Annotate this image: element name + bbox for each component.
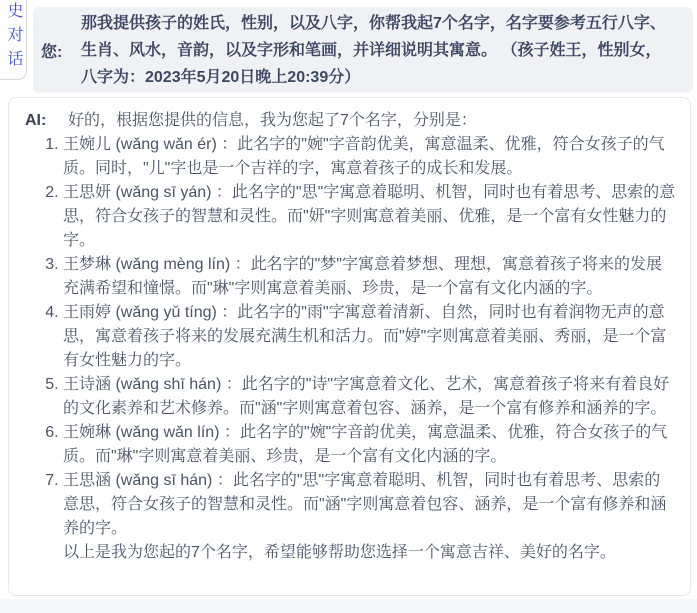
name-suggestion-item: 王思妍 (wǎng sī yán) ：此名字的"思"字寓意着聪明、机智，同时也有… (63, 181, 676, 253)
history-dialog-tab-label: 史对话 (0, 0, 26, 79)
history-dialog-tab[interactable]: 史对话 (0, 0, 27, 80)
user-message-text: 那我提供孩子的姓氏，性别，以及八字，你帮我起7个名字，名字要参考五行八字、生肖、… (81, 10, 677, 91)
name-suggestion-list: 王婉儿 (wǎng wǎn ér) ：此名字的"婉"字音韵优美，寓意温柔、优雅，… (63, 133, 676, 541)
name-suggestion-item: 王诗涵 (wǎng shī hán) ：此名字的"诗"字寓意着文化、艺术，寓意着… (63, 373, 676, 421)
name-suggestion-item: 王思涵 (wǎng sī hán) ：此名字的"思"字寓意着聪明、机智，同时也有… (63, 469, 676, 541)
ai-intro-line: 好的，根据您提供的信息，我为您起了7个名字，分别是： (63, 109, 676, 133)
ai-response-panel: AI: 好的，根据您提供的信息，我为您起了7个名字，分别是： 王婉儿 (wǎng… (8, 97, 691, 596)
name-suggestion-item: 王婉儿 (wǎng wǎn ér) ：此名字的"婉"字音韵优美，寓意温柔、优雅，… (63, 133, 676, 181)
ai-message-content: 好的，根据您提供的信息，我为您起了7个名字，分别是： 王婉儿 (wǎng wǎn… (63, 109, 676, 587)
name-suggestion-item: 王雨婷 (wǎng yǔ tíng) ：此名字的"雨"字寓意着清新、自然，同时也… (63, 301, 676, 373)
page-bottom-strip (0, 599, 697, 613)
ai-closing-line: 以上是我为您起的7个名字，希望能够帮助您选择一个寓意吉祥、美好的名字。 (63, 541, 676, 565)
name-suggestion-item: 王婉琳 (wǎng wǎn lín) ：此名字的"婉"字音韵优美，寓意温柔、优雅… (63, 421, 676, 469)
user-message-label: 您: (39, 39, 81, 62)
name-suggestion-item: 王梦琳 (wǎng mèng lín) ：此名字的"梦"字寓意着梦想、理想，寓意… (63, 253, 676, 301)
user-message-bubble: 您: 那我提供孩子的姓氏，性别，以及八字，你帮我起7个名字，名字要参考五行八字、… (33, 7, 693, 93)
